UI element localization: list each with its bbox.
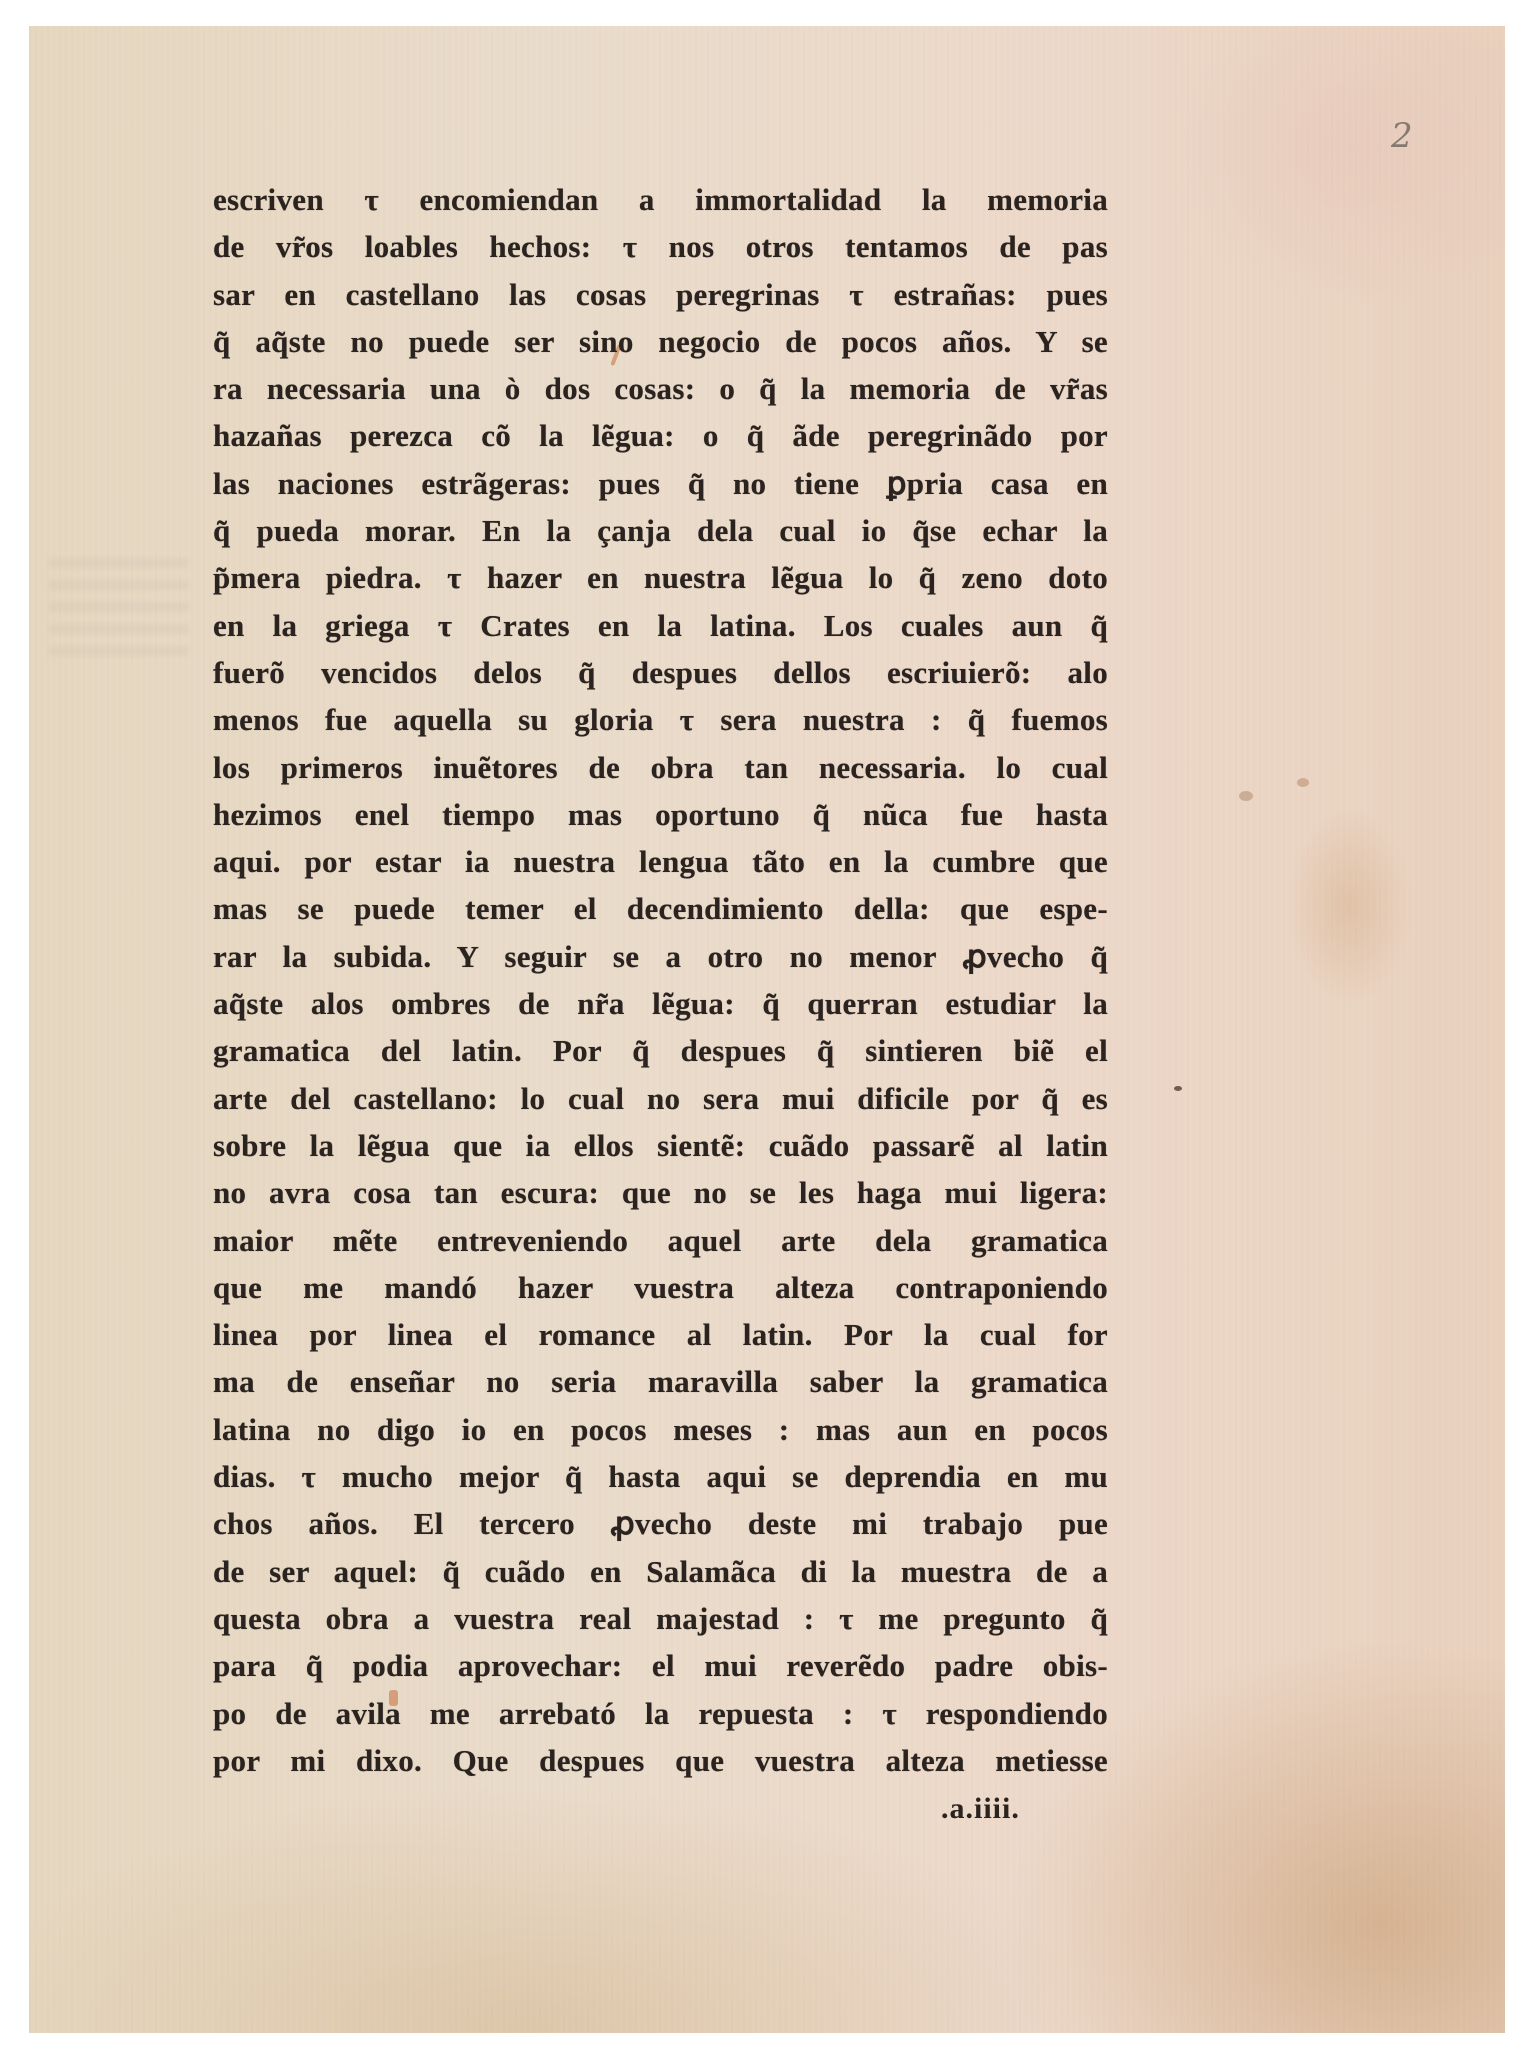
text-line: las naciones estrãgeras: pues q̃ no tien… xyxy=(213,460,1108,507)
text-line: gramatica del latin. Por q̃ despues q̃ s… xyxy=(213,1027,1108,1074)
text-line: linea por linea el romance al latin. Por… xyxy=(213,1311,1108,1358)
text-line: p̃mera piedra. τ hazer en nuestra lẽgua … xyxy=(213,554,1108,601)
text-line: de ser aquel: q̃ cuãdo en Salamãca di la… xyxy=(213,1548,1108,1595)
text-line: no avra cosa tan escura: que no se les h… xyxy=(213,1169,1108,1216)
text-line: escriven τ encomiendan a immortalidad la… xyxy=(213,176,1108,223)
text-line: hazañas perezca cõ la lẽgua: o q̃ ãde pe… xyxy=(213,412,1108,459)
text-line: hezimos enel tiempo mas oportuno q̃ nũca… xyxy=(213,791,1108,838)
signature-mark: .a.iiii. xyxy=(941,1792,1020,1826)
text-line: sobre la lẽgua que ia ellos sientẽ: cuãd… xyxy=(213,1122,1108,1169)
foxing-spot xyxy=(1239,791,1253,801)
text-line: q̃ aq̃ste no puede ser sino negocio de p… xyxy=(213,318,1108,365)
text-line: fuerõ vencidos delos q̃ despues dellos e… xyxy=(213,649,1108,696)
text-line: chos años. El tercero ꝓvecho deste mi tr… xyxy=(213,1500,1108,1547)
text-line: maior mẽte entreveniendo aquel arte dela… xyxy=(213,1217,1108,1264)
text-line: ma de enseñar no seria maravilla saber l… xyxy=(213,1358,1108,1405)
text-line: por mi dixo. Que despues que vuestra alt… xyxy=(213,1737,1108,1784)
text-line: sar en castellano las cosas peregrinas τ… xyxy=(213,271,1108,318)
text-block: escriven τ encomiendan a immortalidad la… xyxy=(213,176,1108,1784)
text-line: menos fue aquella su gloria τ sera nuest… xyxy=(213,696,1108,743)
bleed-through-text xyxy=(49,546,189,656)
text-line: aqui. por estar ia nuestra lengua tãto e… xyxy=(213,838,1108,885)
text-line: q̃ pueda morar. En la çanja dela cual io… xyxy=(213,507,1108,554)
text-line: de vr̃os loables hechos: τ nos otros ten… xyxy=(213,223,1108,270)
text-line: para q̃ podia aprovechar: el mui reverẽd… xyxy=(213,1642,1108,1689)
folio-number-annotation: 2 xyxy=(1391,116,1413,156)
ink-speck xyxy=(1174,1086,1182,1091)
text-line: po de avila me arrebató la repuesta : τ … xyxy=(213,1690,1108,1737)
text-line: que me mandó hazer vuestra alteza contra… xyxy=(213,1264,1108,1311)
text-line: en la griega τ Crates en la latina. Los … xyxy=(213,602,1108,649)
manuscript-page: 2 escriven τ encomiendan a immortalidad … xyxy=(29,26,1505,2033)
text-line: mas se puede temer el decendimiento dell… xyxy=(213,885,1108,932)
text-line: ra necessaria una ò dos cosas: o q̃ la m… xyxy=(213,365,1108,412)
text-line: dias. τ mucho mejor q̃ hasta aqui se dep… xyxy=(213,1453,1108,1500)
text-line: latina no digo io en pocos meses : mas a… xyxy=(213,1406,1108,1453)
text-line: aq̃ste alos ombres de nr̃a lẽgua: q̃ que… xyxy=(213,980,1108,1027)
text-line: los primeros inuẽtores de obra tan neces… xyxy=(213,744,1108,791)
foxing-spot xyxy=(1297,778,1309,787)
text-line: arte del castellano: lo cual no sera mui… xyxy=(213,1075,1108,1122)
text-line: questa obra a vuestra real majestad : τ … xyxy=(213,1595,1108,1642)
text-line: rar la subida. Y seguir se a otro no men… xyxy=(213,933,1108,980)
